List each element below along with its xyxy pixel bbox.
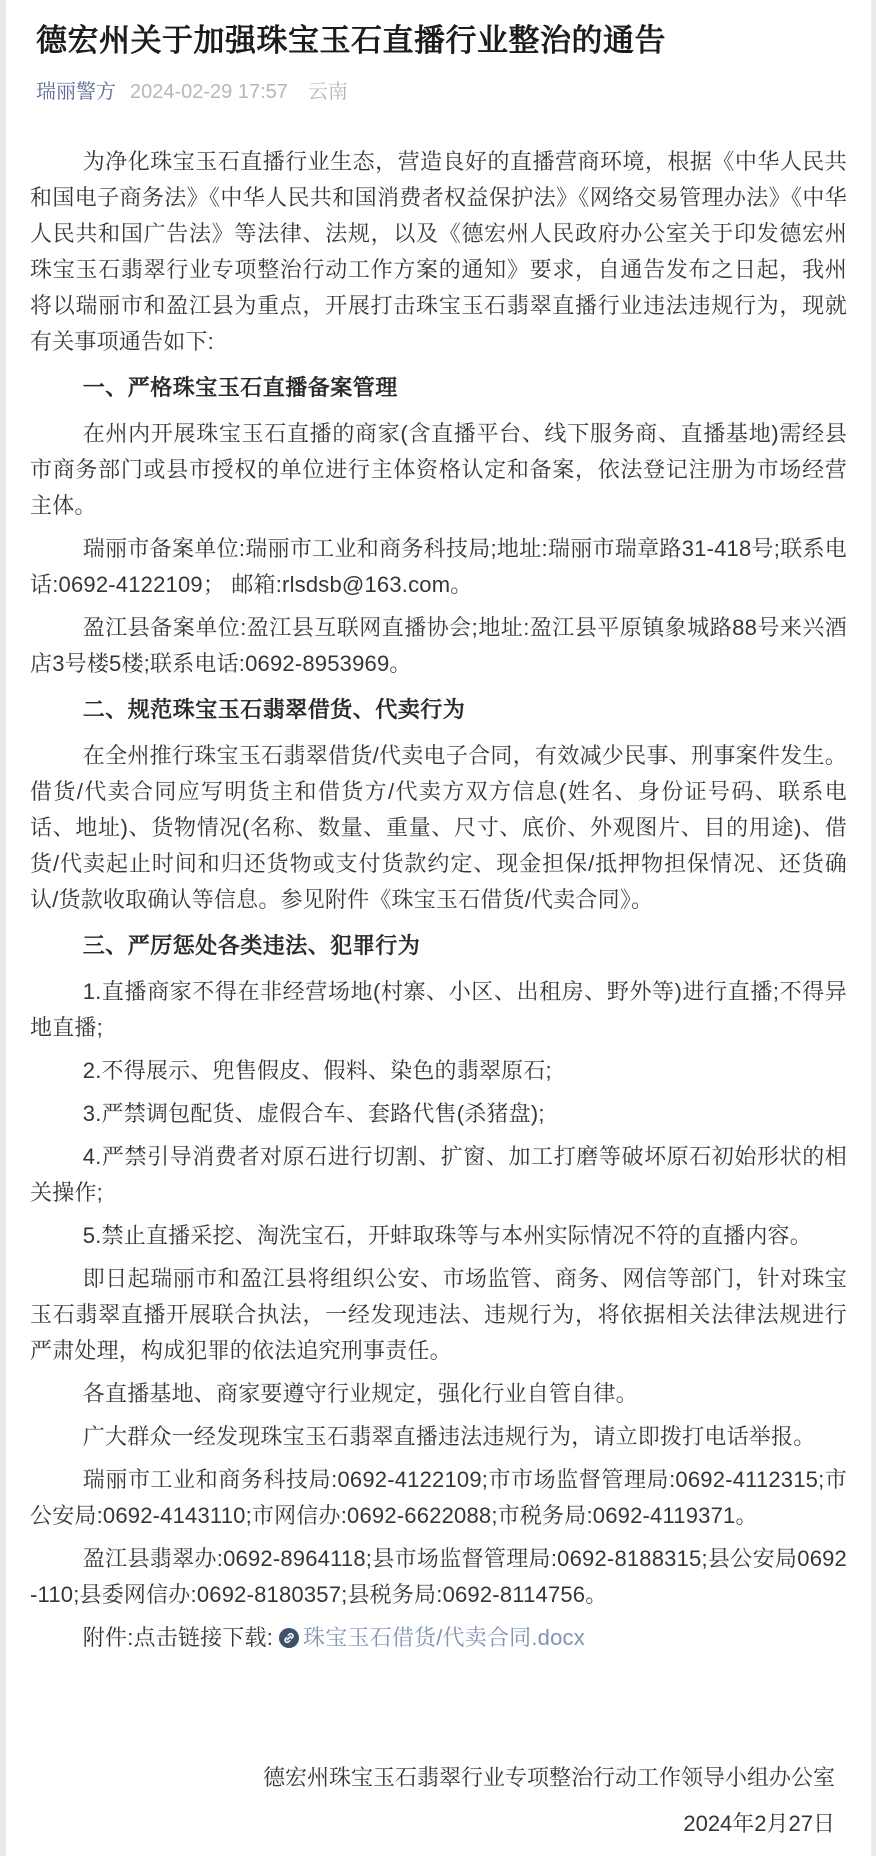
article-paragraph: 盈江县备案单位:盈江县互联网直播协会;地址:盈江县平原镇象城路88号来兴酒店3号… — [30, 610, 847, 682]
article-paragraph: 在全州推行珠宝玉石翡翠借货/代卖电子合同，有效减少民事、刑事案件发生。借货/代卖… — [30, 738, 847, 918]
section-heading: 三、严厉惩处各类违法、犯罪行为 — [30, 928, 847, 964]
article-paragraph: 2.不得展示、兜售假皮、假料、染色的翡翠原石; — [30, 1053, 847, 1089]
article-paragraph: 5.禁止直播采挖、淘洗宝石，开蚌取珠等与本州实际情况不符的直播内容。 — [30, 1218, 847, 1254]
byline-author[interactable]: 瑞丽警方 — [36, 75, 116, 104]
section-heading: 一、严格珠宝玉石直播备案管理 — [30, 370, 847, 406]
link-icon[interactable] — [279, 1628, 299, 1648]
article-paragraph: 瑞丽市工业和商务科技局:0692-4122109;市市场监督管理局:0692-4… — [30, 1462, 847, 1534]
article-paragraph: 即日起瑞丽市和盈江县将组织公安、市场监管、商务、网信等部门，针对珠宝玉石翡翠直播… — [30, 1261, 847, 1369]
article-paragraph: 4.严禁引导消费者对原石进行切割、扩窗、加工打磨等破坏原石初始形状的相关操作; — [30, 1139, 847, 1211]
article-paragraph: 各直播基地、商家要遵守行业规定，强化行业自管自律。 — [30, 1376, 847, 1412]
article-paragraph: 广大群众一经发现珠宝玉石翡翠直播违法违规行为，请立即拨打电话举报。 — [30, 1419, 847, 1455]
article-paragraph: 为净化珠宝玉石直播行业生态，营造良好的直播营商环境，根据《中华人民共和国电子商务… — [30, 144, 847, 360]
article-body: 为净化珠宝玉石直播行业生态，营造良好的直播营商环境，根据《中华人民共和国电子商务… — [30, 144, 847, 1656]
attachment-link[interactable]: 珠宝玉石借货/代卖合同.docx — [303, 1625, 585, 1650]
byline: 瑞丽警方 2024-02-29 17:57 云南 — [36, 75, 847, 104]
article-paragraph: 3.严禁调包配货、虚假合车、套路代售(杀猪盘); — [30, 1096, 847, 1132]
page-title: 德宏州关于加强珠宝玉石直播行业整治的通告 — [30, 22, 847, 61]
article-page: 德宏州关于加强珠宝玉石直播行业整治的通告 瑞丽警方 2024-02-29 17:… — [0, 0, 876, 1856]
signature: 德宏州珠宝玉石翡翠行业专项整治行动工作领导小组办公室 — [30, 1760, 835, 1796]
attachment-label: 附件:点击链接下载: — [83, 1625, 273, 1650]
article-footer: 德宏州珠宝玉石翡翠行业专项整治行动工作领导小组办公室 2024年2月27日 — [30, 1760, 847, 1842]
byline-datetime: 2024-02-29 17:57 — [130, 81, 288, 104]
byline-location: 云南 — [308, 75, 348, 104]
footer-date: 2024年2月27日 — [30, 1806, 835, 1842]
article-paragraph: 盈江县翡翠办:0692-8964118;县市场监督管理局:0692-818831… — [30, 1541, 847, 1613]
article-paragraph: 瑞丽市备案单位:瑞丽市工业和商务科技局;地址:瑞丽市瑞章路31-418号;联系电… — [30, 531, 847, 603]
article-paragraph: 1.直播商家不得在非经营场地(村寨、小区、出租房、野外等)进行直播;不得异地直播… — [30, 974, 847, 1046]
article-paragraph: 在州内开展珠宝玉石直播的商家(含直播平台、线下服务商、直播基地)需经县市商务部门… — [30, 416, 847, 524]
attachment-line: 附件:点击链接下载:珠宝玉石借货/代卖合同.docx — [30, 1620, 847, 1656]
section-heading: 二、规范珠宝玉石翡翠借货、代卖行为 — [30, 692, 847, 728]
